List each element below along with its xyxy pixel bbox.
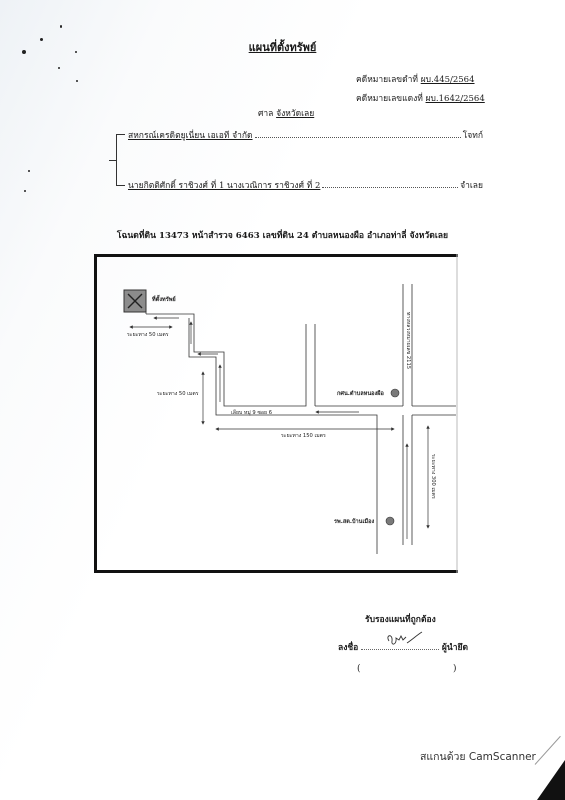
signer-role: ผู้นำยึด [442,640,468,654]
school-label: กศน.ตำบลหนองผือ [337,390,384,397]
hospital-label: รพ.สต.บ้านเมือง [334,517,374,525]
soi-road [146,312,403,554]
camscanner-watermark: สแกนด้วย CamScanner [420,748,536,765]
document-title: แผนที่ตั้งทรัพย์ [0,38,565,56]
direction-arrows [154,318,407,539]
plaintiff-role: โจทก์ [463,128,483,142]
hospital-marker [386,517,394,525]
distance-label-right: ระยะทาง 300 เมตร [430,454,436,499]
court-label: ศาล [258,109,273,119]
party-bracket [116,134,127,186]
black-case-line: คดีหมายเลขดำที่ ผบ.445/2564 [356,72,475,86]
page-curl [537,760,565,800]
road-soi-label: เลียบ หมู่ 9 ซอย 6 [231,409,272,416]
scan-speck [60,25,62,28]
distance-label-bottom: ระยะทาง 150 เมตร [281,433,326,439]
scan-speck [76,80,78,82]
black-case-label: คดีหมายเลขดำที่ [356,75,418,85]
scan-speck [28,170,30,172]
signature-line: ลงชื่อ ผู้นำยึด [338,640,468,654]
dotted-fill [322,187,458,188]
highway-label: ทางหลวงหมายเลข 2115 [405,312,411,369]
open-paren: ( [357,664,361,674]
red-case-line: คดีหมายเลขแดงที่ ผบ.1642/2564 [356,91,485,105]
court-line: ศาล จังหวัดเลย [258,106,314,120]
location-map: ที่ตั้งทรัพย์ ระยะทาง 50 เมตร ระยะทาง 50… [94,254,458,573]
school-marker [391,389,399,397]
distance-label-mid: ระยะทาง 50 เมตร [157,391,199,397]
signature-scribble [383,631,423,649]
certification-title: รับรองแผนที่ถูกต้อง [365,612,436,626]
defendant-line: นายกิตติศักดิ์ ราชิวงศ์ ที่ 1 นางเวณิการ… [128,178,483,192]
close-paren: ) [453,664,457,674]
defendant-name: นายกิตติศักดิ์ ราชิวงศ์ ที่ 1 นางเวณิการ… [128,178,320,192]
scan-speck [58,67,60,69]
property-label: ที่ตั้งทรัพย์ [152,294,176,303]
deed-description: โฉนดที่ดิน 13473 หน้าสำรวจ 6463 เลขที่ดิ… [0,228,565,242]
highway-2115 [377,284,456,545]
defendant-role: จำเลย [460,178,483,192]
plaintiff-name: สหกรณ์เครดิตยูเนี่ยน เอเอที จำกัด [128,128,253,142]
scan-speck [24,190,26,192]
court-name: จังหวัดเลย [276,109,314,119]
dotted-fill [255,137,461,138]
red-case-label: คดีหมายเลขแดงที่ [356,94,423,104]
sign-label: ลงชื่อ [338,640,358,654]
distance-label-top: ระยะทาง 50 เมตร [127,332,169,338]
signature-field [361,641,439,650]
red-case-number: ผบ.1642/2564 [426,94,485,104]
plaintiff-line: สหกรณ์เครดิตยูเนี่ยน เอเอที จำกัด โจทก์ [128,128,483,142]
map-drawing: ที่ตั้งทรัพย์ ระยะทาง 50 เมตร ระยะทาง 50… [94,254,458,573]
distance-arrows [130,327,428,528]
black-case-number: ผบ.445/2564 [421,75,475,85]
property-marker [124,290,146,312]
